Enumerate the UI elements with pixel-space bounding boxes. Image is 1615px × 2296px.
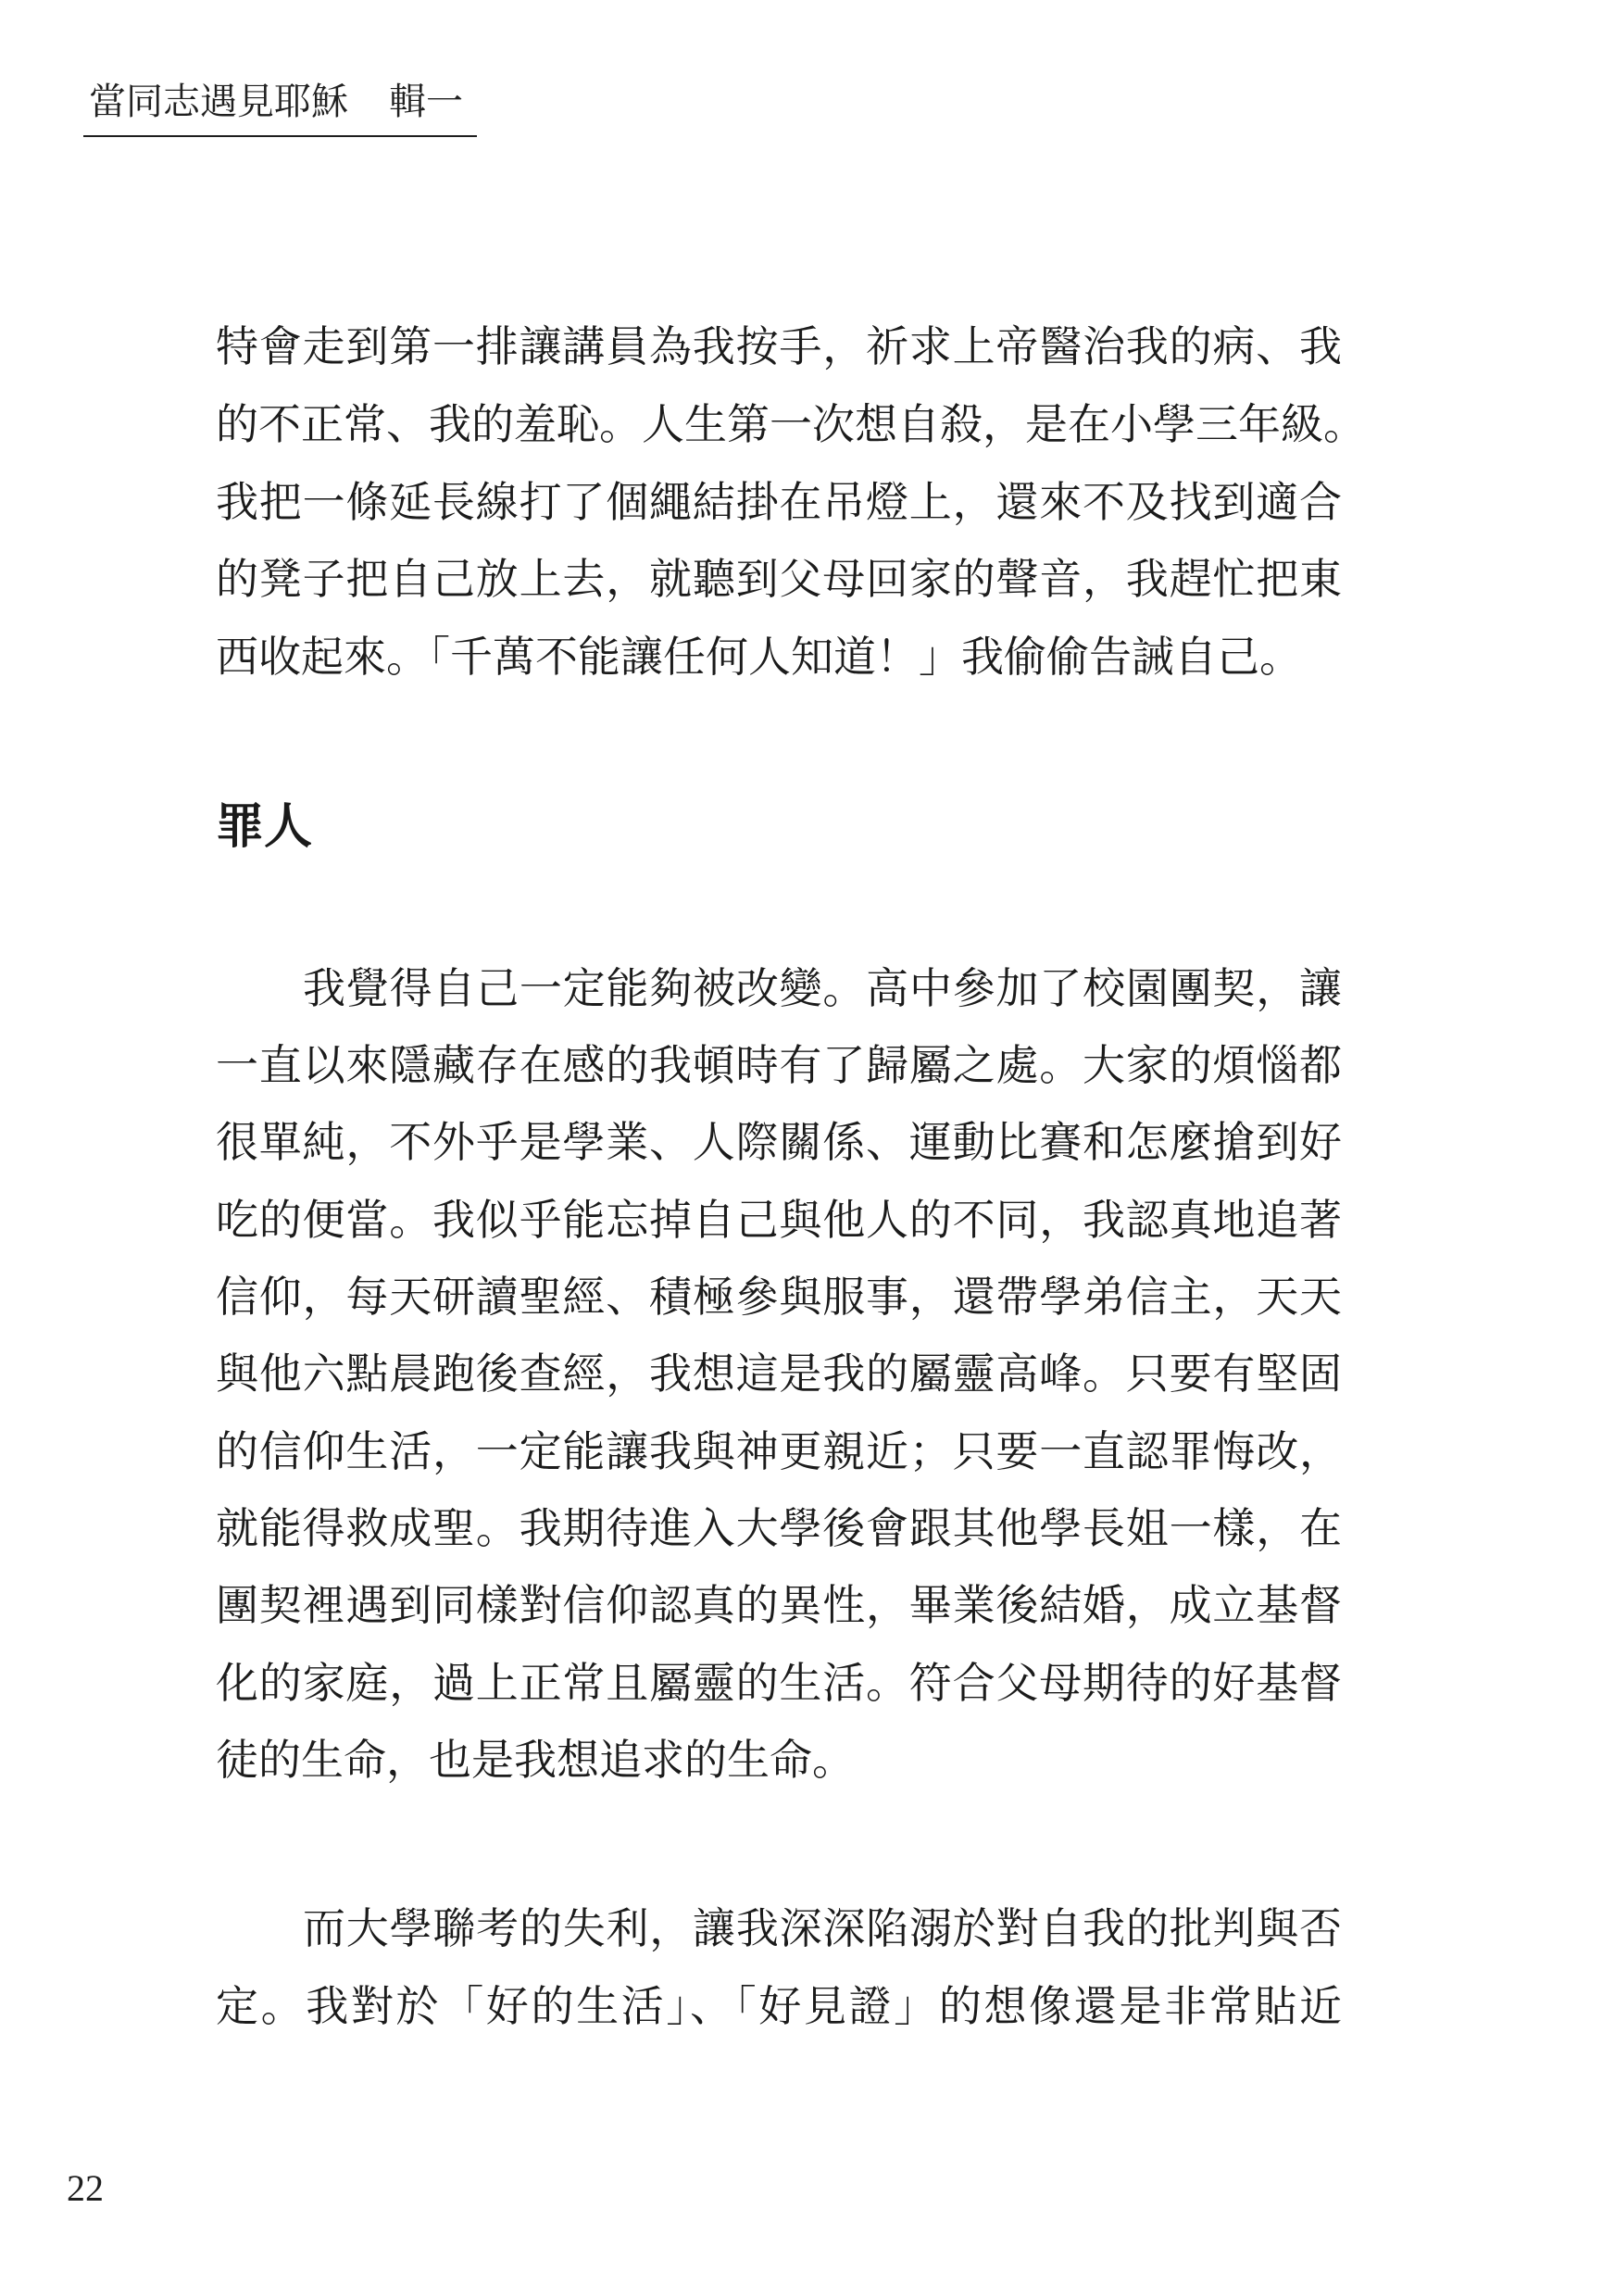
section-label: 輯一 [389,81,463,123]
text-line: 徒的生命，也是我想追求的生命。 [216,1734,1342,1786]
text-line: 吃的便當。我似乎能忘掉自己與他人的不同，我認真地追著 [216,1194,1342,1246]
text-line: 與他六點晨跑後查經，我想這是我的屬靈高峰。只要有堅固 [216,1348,1342,1399]
text-line: 一直以來隱藏存在感的我頓時有了歸屬之處。大家的煩惱都 [216,1039,1342,1091]
section-heading: 罪人 [216,798,312,856]
text-line: 化的家庭，過上正常且屬靈的生活。符合父母期待的好基督 [216,1657,1342,1709]
text-line: 我把一條延長線打了個繩結掛在吊燈上，還來不及找到適合 [216,476,1342,528]
text-line: 特會走到第一排讓講員為我按手，祈求上帝醫治我的病、我 [216,320,1342,372]
running-header: 當同志遇見耶穌輯一 [89,78,463,126]
text-line: 西收起來。「千萬不能讓任何人知道！」我偷偷告誡自己。 [216,631,1342,683]
text-line: 團契裡遇到同樣對信仰認真的異性，畢業後結婚，成立基督 [216,1579,1342,1631]
text-line: 信仰，每天研讀聖經、積極參與服事，還帶學弟信主，天天 [216,1271,1342,1323]
text-line: 很單純，不外乎是學業、人際關係、運動比賽和怎麼搶到好 [216,1116,1342,1168]
text-line: 就能得救成聖。我期待進入大學後會跟其他學長姐一樣，在 [216,1502,1342,1554]
header-rule [83,135,477,137]
text-line: 我覺得自己一定能夠被改變。高中參加了校園團契，讓 [303,962,1342,1014]
text-line: 的不正常、我的羞恥。人生第一次想自殺，是在小學三年級。 [216,398,1342,450]
page-number: 22 [67,2167,104,2210]
text-line: 而大學聯考的失利，讓我深深陷溺於對自我的批判與否 [303,1902,1342,1954]
text-line: 定。我對於「好的生活」、「好見證」的想像還是非常貼近 [216,1980,1342,2032]
text-line: 的信仰生活，一定能讓我與神更親近；只要一直認罪悔改， [216,1425,1342,1477]
book-title: 當同志遇見耶穌 [89,81,348,123]
text-line: 的凳子把自己放上去，就聽到父母回家的聲音，我趕忙把東 [216,553,1342,605]
